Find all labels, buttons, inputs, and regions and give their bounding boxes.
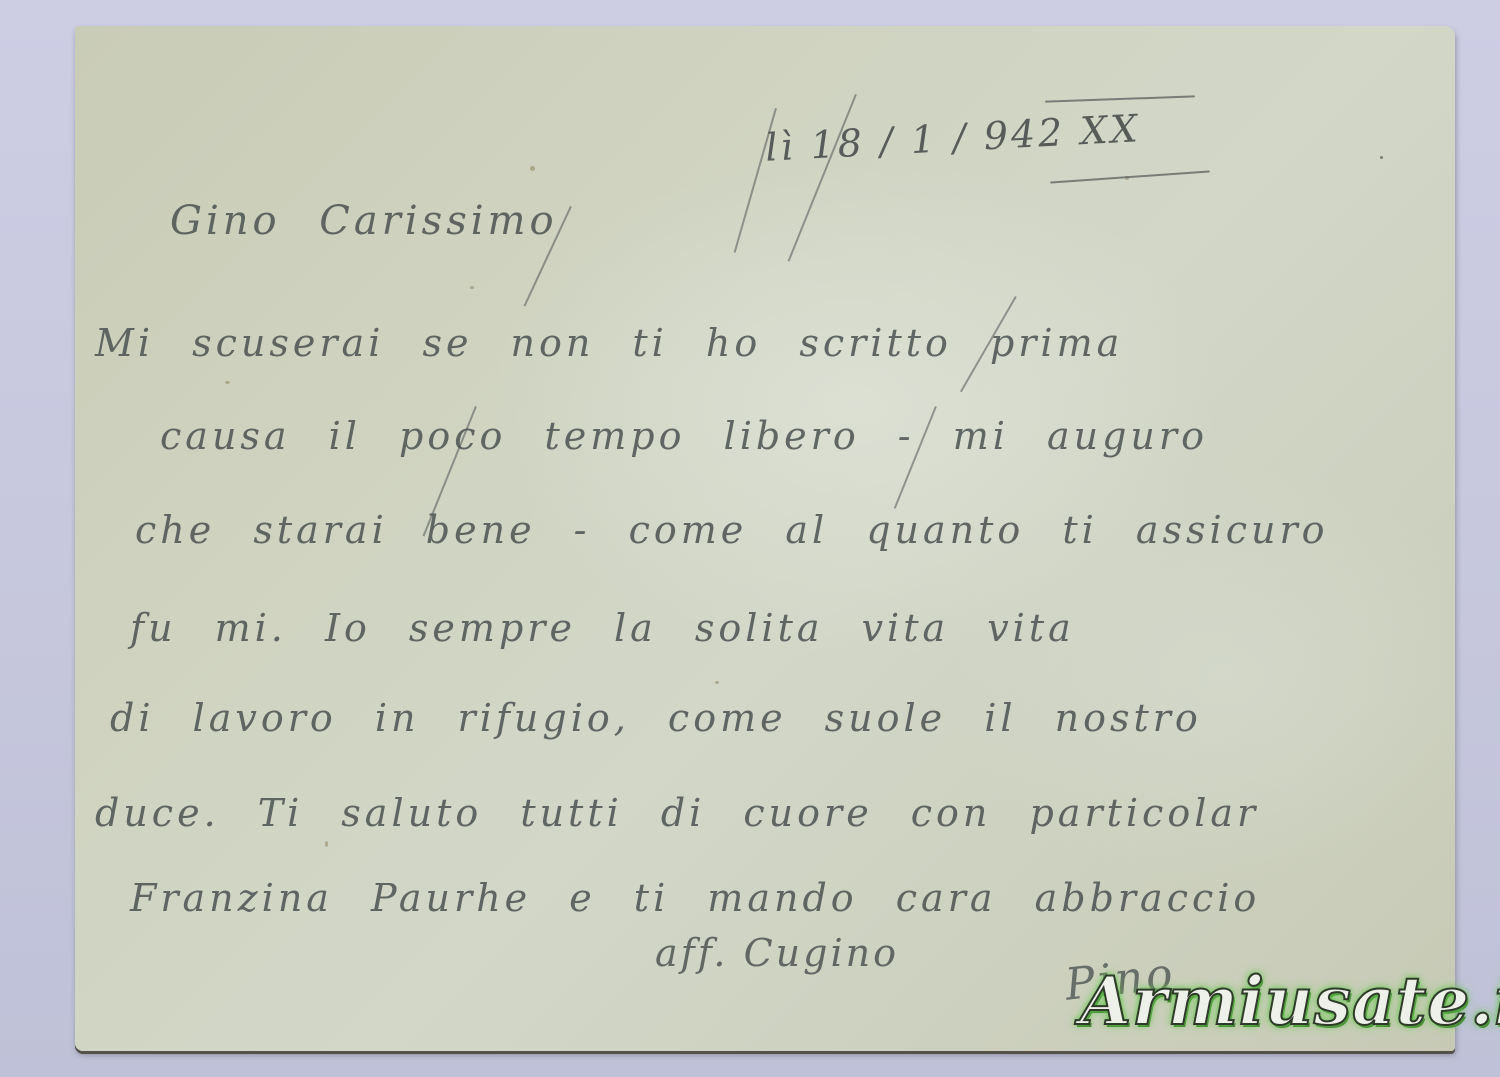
date-underline-bottom	[1050, 170, 1210, 183]
letter-line-2: causa il poco tempo libero - mi auguro	[160, 414, 1208, 458]
letter-salutation: Gino Carissimo	[170, 198, 558, 244]
paper-speckle	[470, 286, 474, 289]
paper-speckle	[715, 681, 719, 684]
letter-line-3: che starai bene - come al quanto ti assi…	[135, 508, 1329, 552]
site-watermark: Armiusate.it	[1080, 962, 1500, 1040]
postcard: lì 18 / 1 / 942 XX Gino Carissimo Mi scu…	[75, 26, 1455, 1051]
letter-closing: aff. Cugino	[655, 931, 899, 975]
letter-line-4: fu mi. Io sempre la solita vita vita	[130, 606, 1075, 650]
letter-line-1: Mi scuserai se non ti ho scritto prima	[95, 321, 1123, 365]
paper-speckle	[325, 841, 328, 847]
pen-stroke	[788, 94, 857, 262]
letter-line-5: di lavoro in rifugio, come suole il nost…	[110, 696, 1202, 740]
paper-speckle	[225, 381, 230, 384]
paper-speckle	[530, 166, 535, 171]
paper-speckle	[1380, 156, 1383, 159]
letter-line-7: Franzina Paurhe e ti mando cara abbracci…	[130, 876, 1260, 920]
letter-date: lì 18 / 1 / 942 XX	[764, 106, 1141, 170]
pen-stroke	[734, 108, 777, 253]
letter-line-6: duce. Ti saluto tutti di cuore con parti…	[95, 791, 1259, 835]
date-underline-top	[1045, 95, 1195, 102]
